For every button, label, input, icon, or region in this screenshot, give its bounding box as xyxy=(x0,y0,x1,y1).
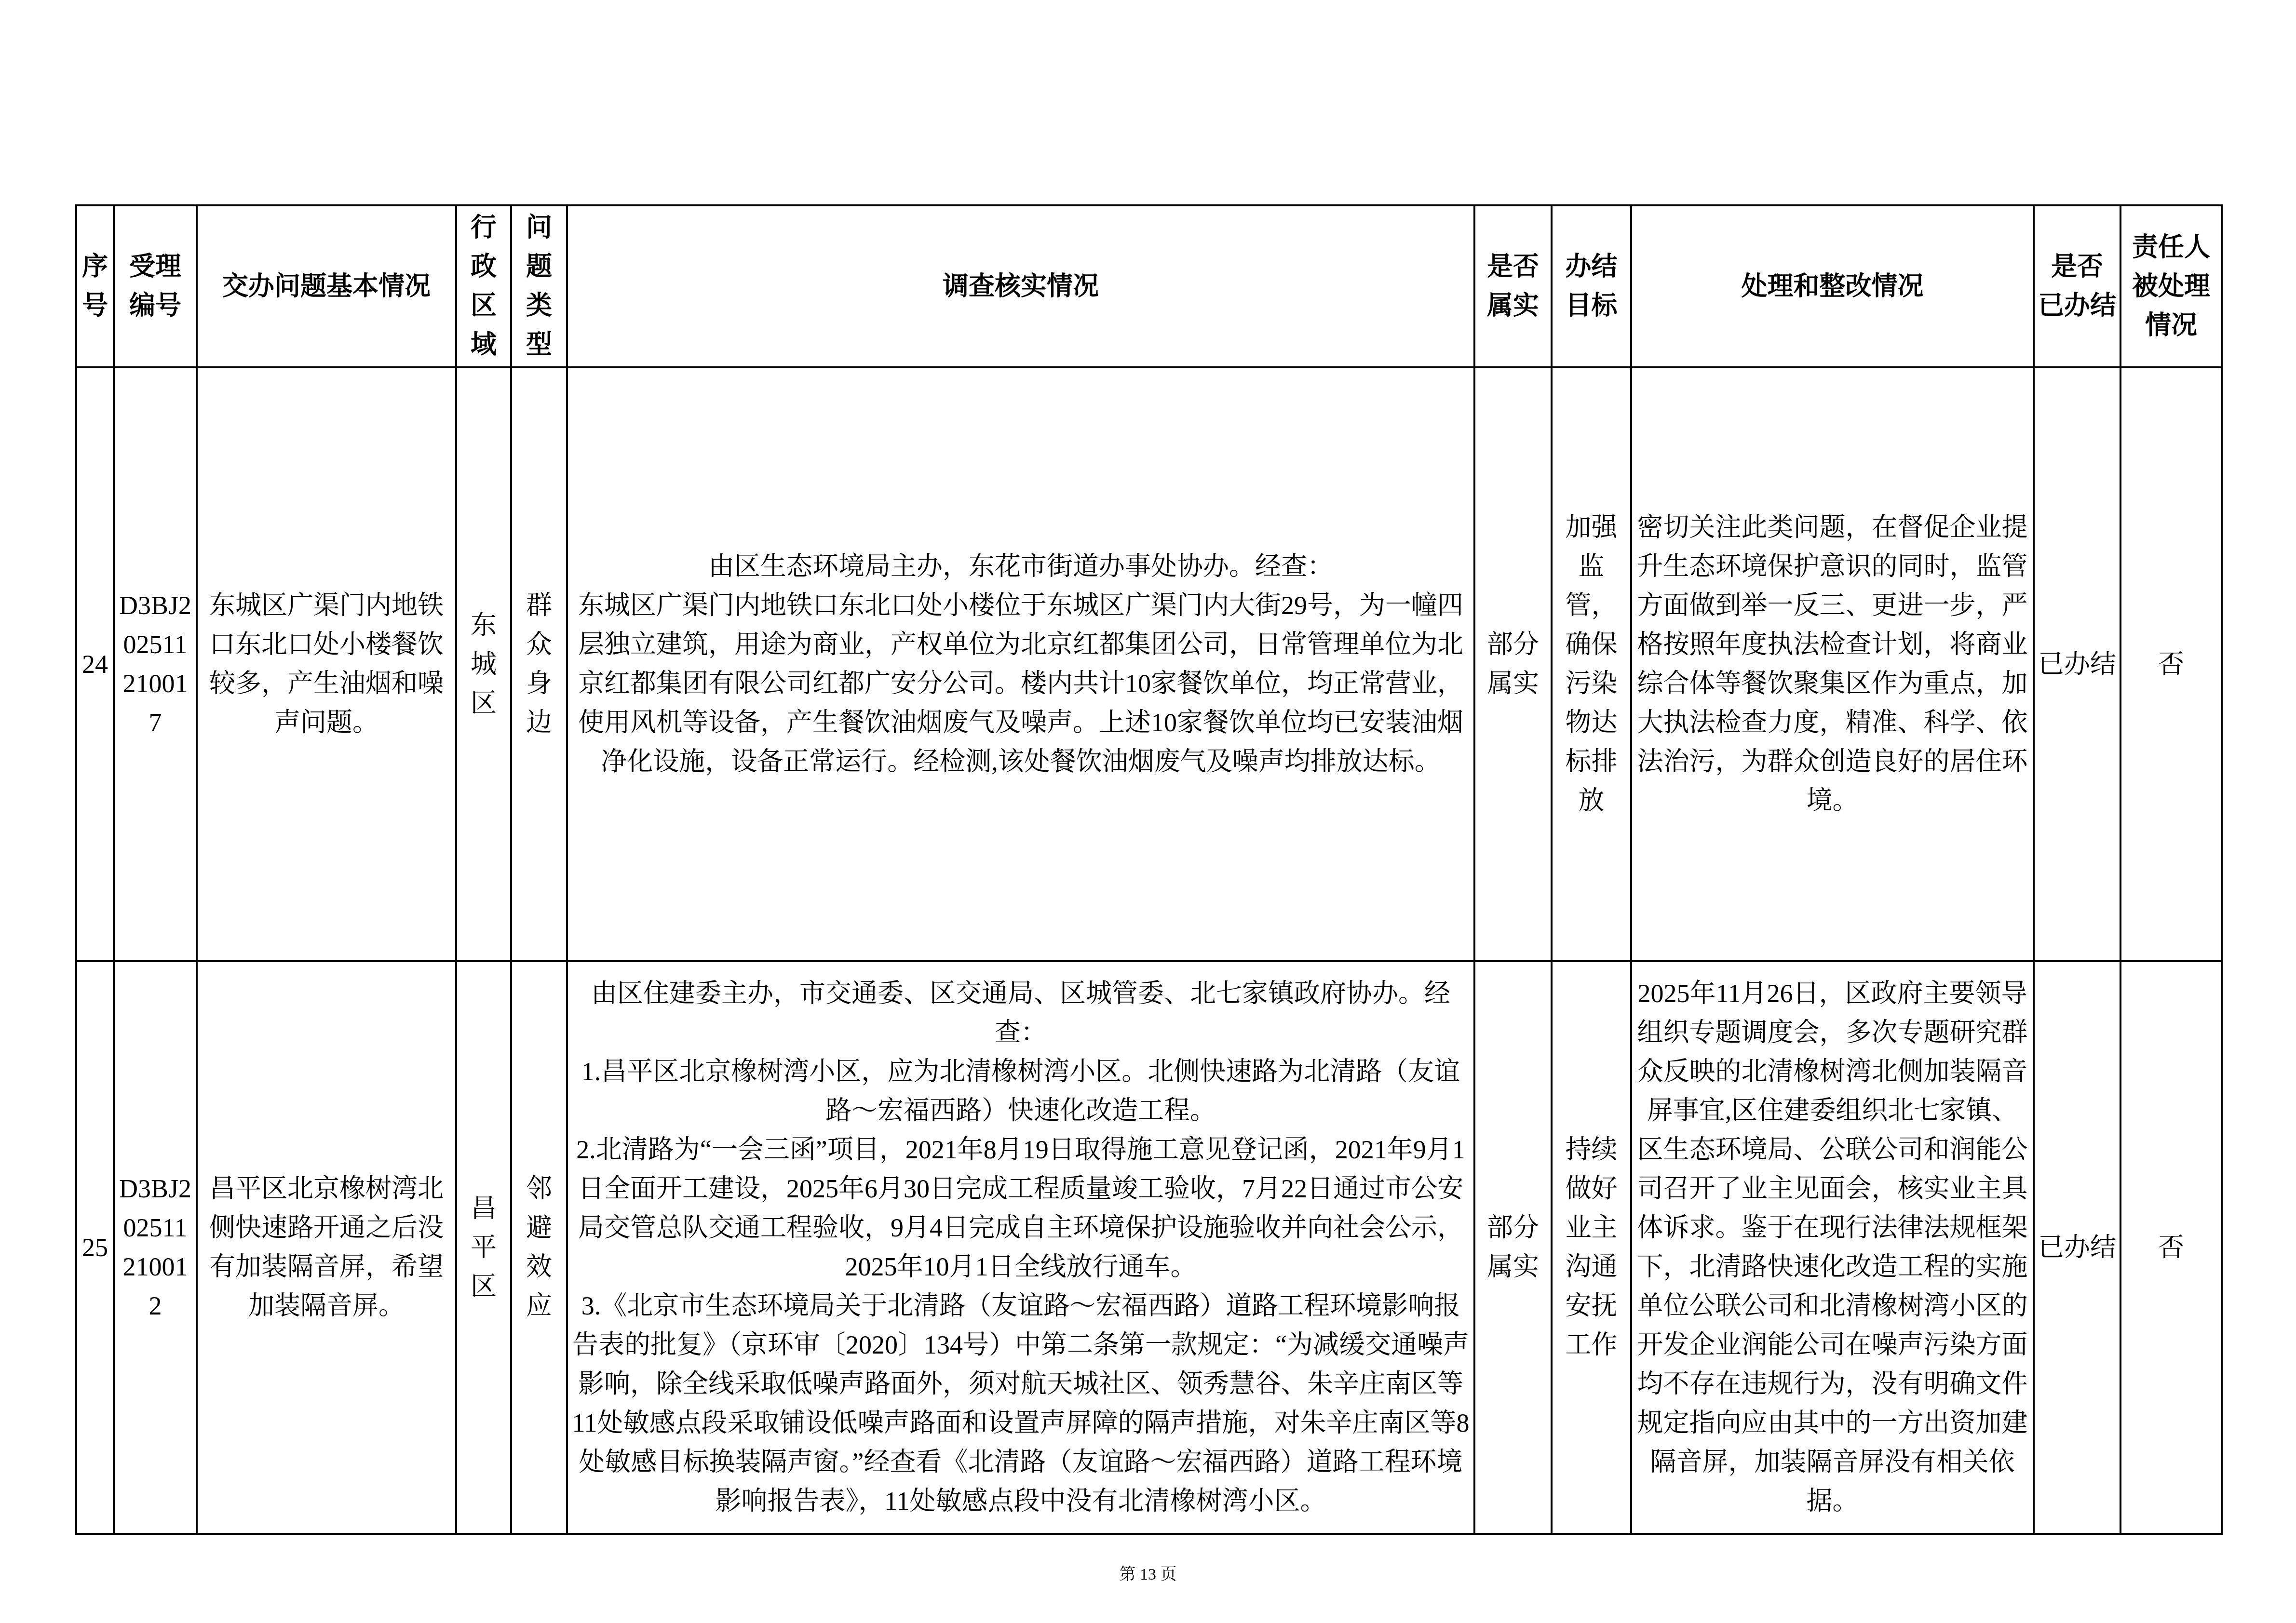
cell-row24-goal: 加强监管，确保污染物达标排放 xyxy=(1552,367,1631,961)
cell-row24-investigation: 由区生态环境局主办，东花市街道办事处协办。经查： 东城区广渠门内地铁口东北口处小… xyxy=(567,367,1474,961)
header-id: 受理 编号 xyxy=(114,205,197,367)
cell-row25-type: 邻避效应 xyxy=(511,961,567,1534)
cell-row24-verified: 部分属实 xyxy=(1474,367,1552,961)
cell-row25-id: D3BJ202511210012 xyxy=(114,961,197,1534)
table-header-row: 序号 受理 编号 交办问题基本情况 行政 区域 问题 类型 调查核实情况 是否 … xyxy=(76,205,2222,367)
cell-row24-type: 群众身边 xyxy=(511,367,567,961)
cell-row24-completed: 已办结 xyxy=(2034,367,2120,961)
cell-row25-goal: 持续做好业主沟通安抚工作 xyxy=(1552,961,1631,1534)
cell-row24-region: 东城区 xyxy=(456,367,511,961)
cell-row24-handling: 密切关注此类问题，在督促企业提升生态环境保护意识的同时，监管方面做到举一反三、更… xyxy=(1631,367,2034,961)
cell-row25-region: 昌平区 xyxy=(456,961,511,1534)
header-type: 问题 类型 xyxy=(511,205,567,367)
header-investigation: 调查核实情况 xyxy=(567,205,1474,367)
header-accountability: 责任人 被处理 情况 xyxy=(2120,205,2222,367)
document-page: 序号 受理 编号 交办问题基本情况 行政 区域 问题 类型 调查核实情况 是否 … xyxy=(75,204,2221,1535)
header-region: 行政 区域 xyxy=(456,205,511,367)
page-number: 第 13 页 xyxy=(0,1561,2296,1584)
cell-row25-accountability: 否 xyxy=(2120,961,2222,1534)
cell-row25-completed: 已办结 xyxy=(2034,961,2120,1534)
table-row: 24 D3BJ202511210017 东城区广渠门内地铁口东北口处小楼餐饮较多… xyxy=(76,367,2222,961)
header-problem: 交办问题基本情况 xyxy=(197,205,456,367)
cell-row25-handling: 2025年11月26日，区政府主要领导组织专题调度会，多次专题研究群众反映的北清… xyxy=(1631,961,2034,1534)
header-completed: 是否 已办结 xyxy=(2034,205,2120,367)
cell-row25-investigation: 由区住建委主办，市交通委、区交通局、区城管委、北七家镇政府协办。经查： 1.昌平… xyxy=(567,961,1474,1534)
cell-row24-id: D3BJ202511210017 xyxy=(114,367,197,961)
cell-row24-seq: 24 xyxy=(76,367,114,961)
header-handling: 处理和整改情况 xyxy=(1631,205,2034,367)
cell-row25-problem: 昌平区北京橡树湾北侧快速路开通之后没有加装隔音屏，希望加装隔音屏。 xyxy=(197,961,456,1534)
cell-row24-problem: 东城区广渠门内地铁口东北口处小楼餐饮较多，产生油烟和噪声问题。 xyxy=(197,367,456,961)
header-goal: 办结 目标 xyxy=(1552,205,1631,367)
cell-row25-seq: 25 xyxy=(76,961,114,1534)
complaint-handling-table: 序号 受理 编号 交办问题基本情况 行政 区域 问题 类型 调查核实情况 是否 … xyxy=(75,204,2223,1535)
header-verified: 是否 属实 xyxy=(1474,205,1552,367)
cell-row25-verified: 部分属实 xyxy=(1474,961,1552,1534)
cell-row24-accountability: 否 xyxy=(2120,367,2222,961)
header-seq: 序号 xyxy=(76,205,114,367)
table-row: 25 D3BJ202511210012 昌平区北京橡树湾北侧快速路开通之后没有加… xyxy=(76,961,2222,1534)
